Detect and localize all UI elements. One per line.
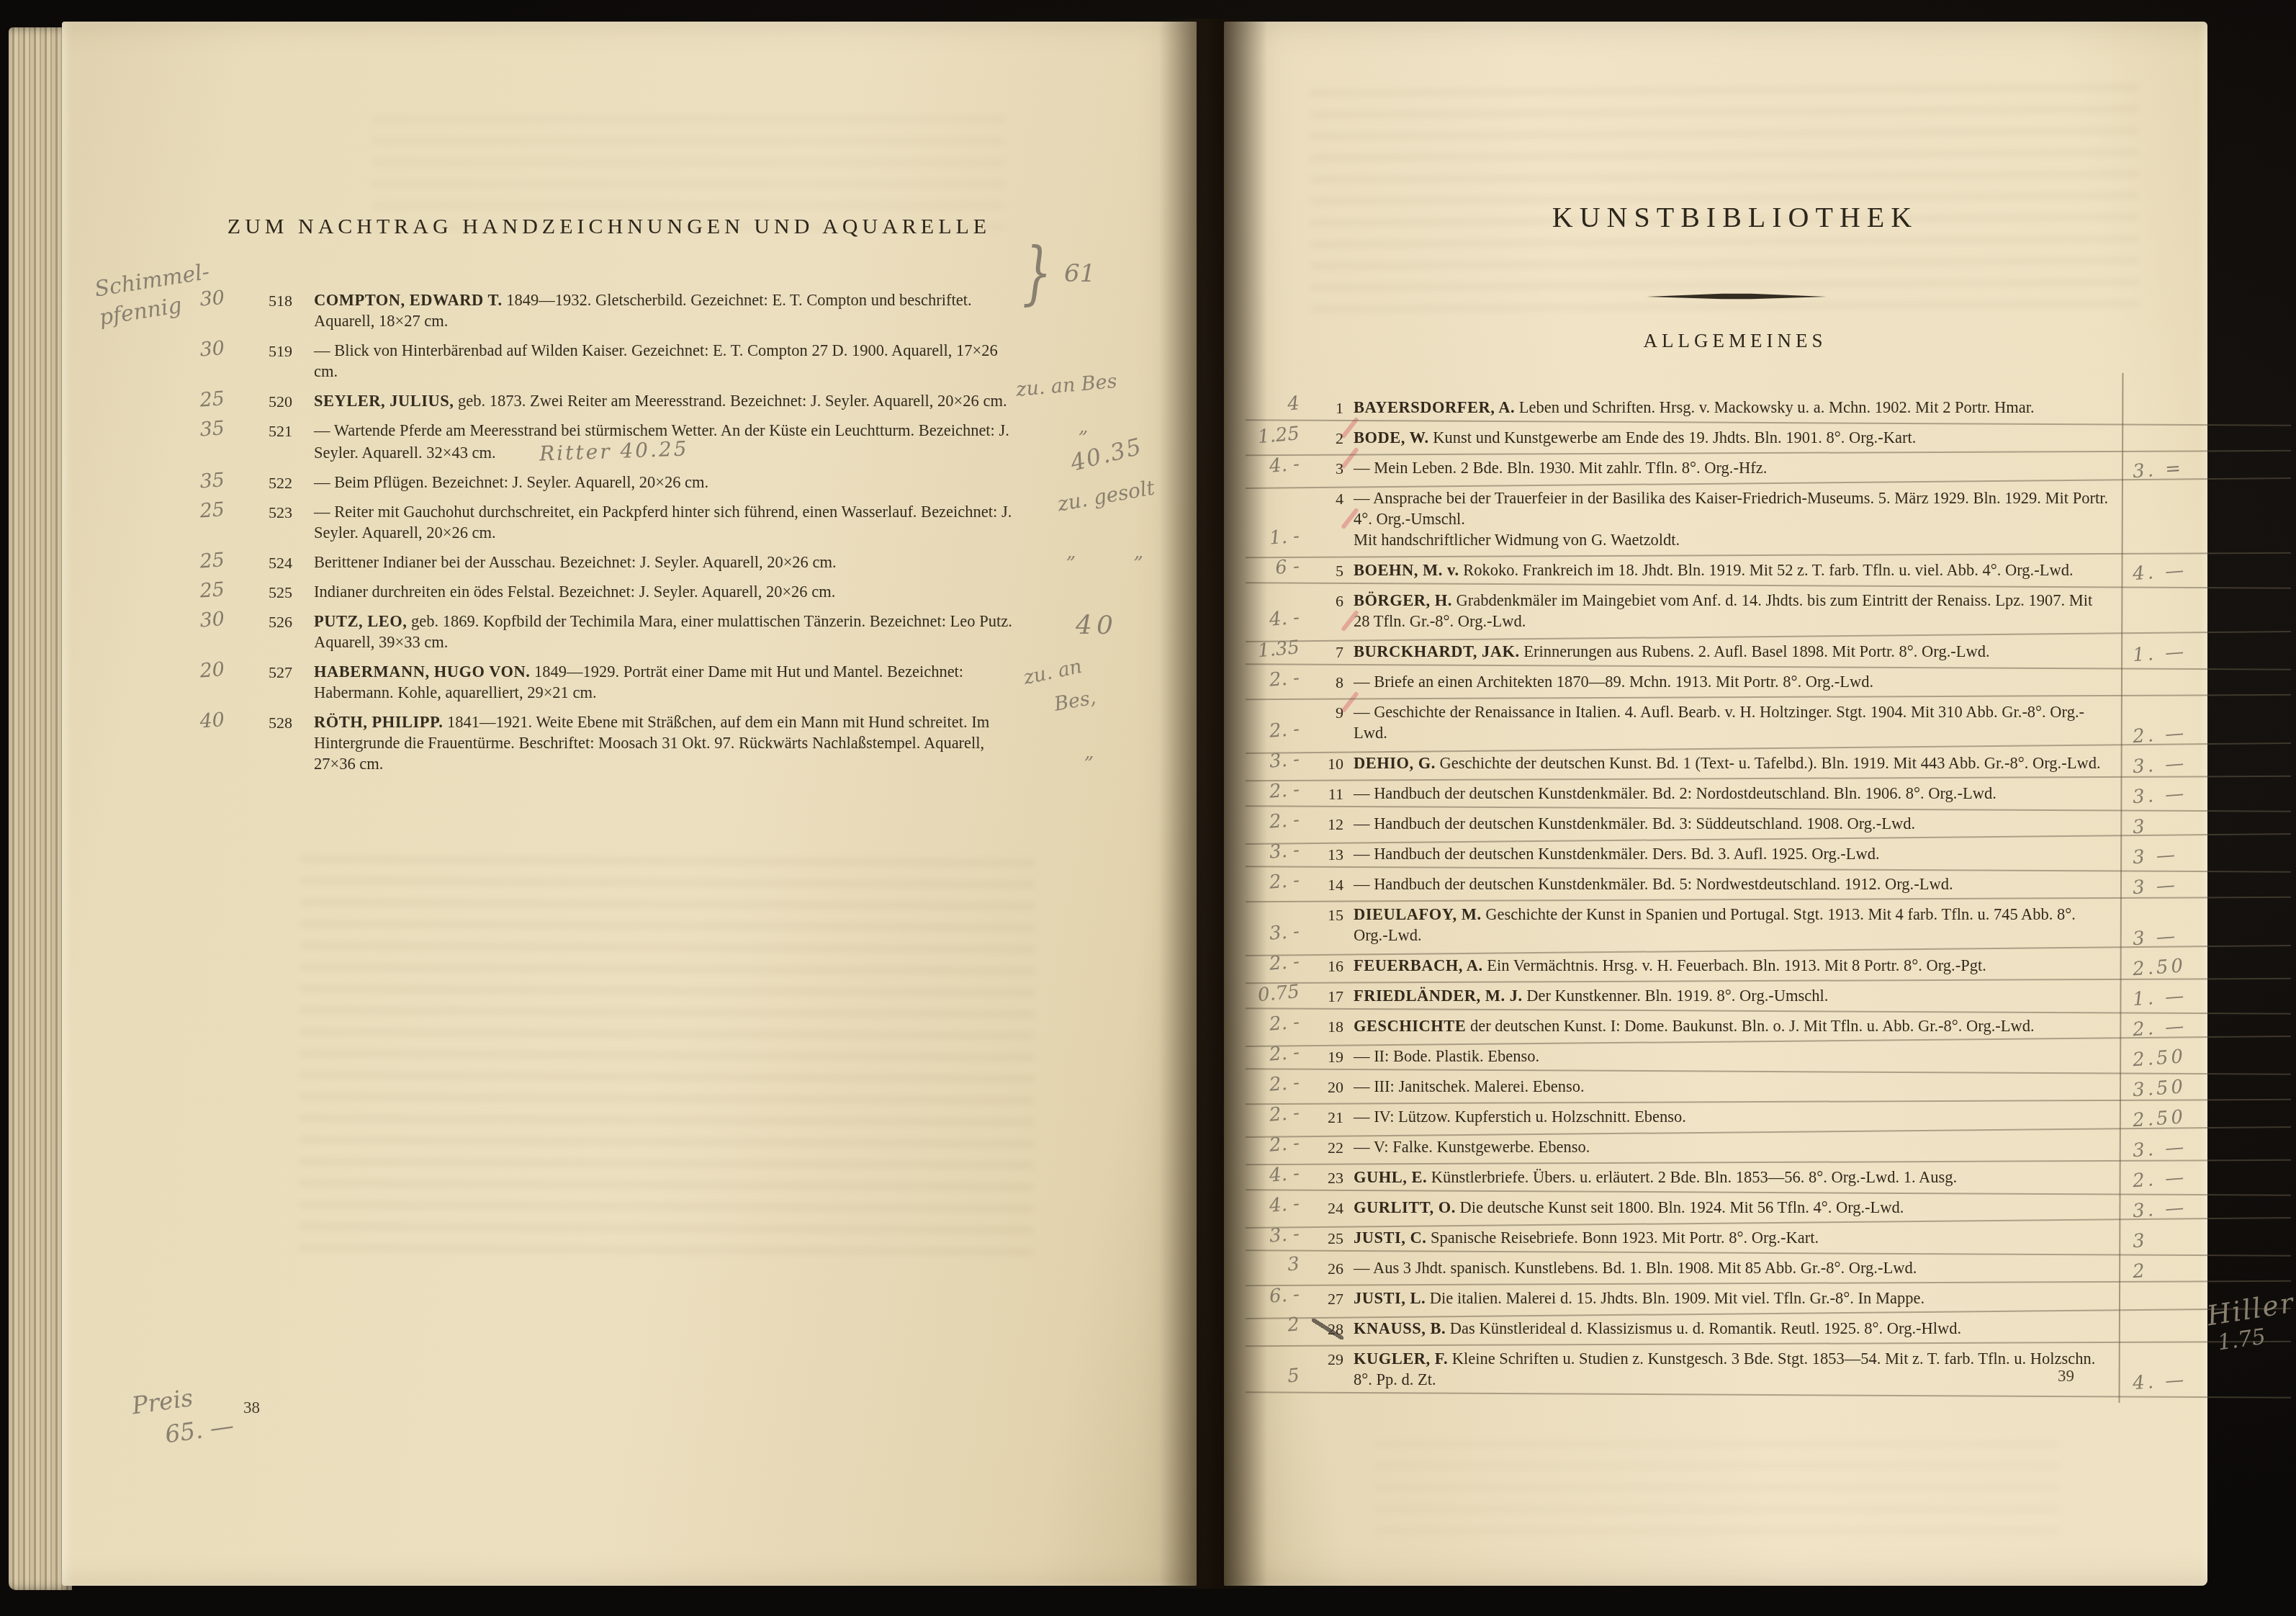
entry-name: BURCKHARDT, JAK. xyxy=(1354,642,1520,660)
pencil-price-left: 1. - xyxy=(1220,526,1300,553)
entry-name: SEYLER, JULIUS, xyxy=(314,392,454,410)
catalog-entry-15: 3. -15DIEULAFOY, M. Geschichte der Kunst… xyxy=(1354,904,2111,946)
pencil-note-527b: Bes, xyxy=(1053,686,1098,716)
ornament-rule xyxy=(1647,293,1827,300)
pencil-price-left: 2. - xyxy=(1220,1072,1300,1100)
pencil-price: 40 xyxy=(163,709,225,735)
pencil-price-right: 2. — xyxy=(2132,1011,2263,1041)
pencil-ditto: „ xyxy=(1079,416,1088,438)
catalog-entry-16: 2. -16FEUERBACH, A. Ein Vermächtnis. Hrs… xyxy=(1354,955,2111,976)
pencil-price-left: 5 xyxy=(1220,1365,1300,1393)
entry-text: RÖTH, PHILIPP. 1841—1921. Weite Ebene mi… xyxy=(314,712,1017,774)
catalog-entry-6: 4. -6BÖRGER, H. Grabdenkmäler im Maingeb… xyxy=(1354,590,2111,632)
entry-name: GURLITT, O. xyxy=(1354,1198,1456,1216)
pencil-note-521a: 40.35 xyxy=(1068,432,1145,476)
catalog-entry-1: 41BAYERSDORFER, A. Leben und Schriften. … xyxy=(1354,397,2111,418)
entry-text: SEYLER, JULIUS, geb. 1873. Zwei Reiter a… xyxy=(314,390,1017,411)
entry-name: BAYERSDORFER, A. xyxy=(1354,398,1515,416)
entry-text: GURLITT, O. Die deutsche Kunst seit 1800… xyxy=(1354,1198,1904,1216)
entry-text: JUSTI, C. Spanische Reisebriefe. Bonn 19… xyxy=(1354,1229,1819,1247)
pencil-price-left: 4. - xyxy=(1220,1163,1300,1190)
entry-text: PUTZ, LEO, geb. 1869. Kopfbild der Techi… xyxy=(314,611,1017,652)
catalog-entry-528: 40528RÖTH, PHILIPP. 1841—1921. Weite Ebe… xyxy=(249,712,1017,774)
entry-number: 519 xyxy=(249,341,292,362)
entry-text: — Ansprache bei der Trauerfeier in der B… xyxy=(1354,489,2108,528)
catalog-entry-523: 25523— Reiter mit Gauchohut durchschreit… xyxy=(249,501,1017,543)
entry-number: 523 xyxy=(249,502,292,523)
pencil-price-left: 3. - xyxy=(1220,1224,1300,1251)
entry-number: 21 xyxy=(1312,1107,1343,1128)
entry-text: — Wartende Pferde am Meeresstrand bei st… xyxy=(314,420,1017,463)
catalog-entry-524: 25524Berittener Indianer bei der Ausscha… xyxy=(249,552,1017,573)
catalog-entry-2: 1.252BODE, W. Kunst und Kunstgewerbe am … xyxy=(1354,427,2111,448)
entry-name: JUSTI, L. xyxy=(1354,1289,1426,1307)
pencil-note-preis: Preis 65. — xyxy=(130,1376,235,1455)
pencil-price-right: 3. — xyxy=(2132,1132,2263,1162)
pencil-price-left: 2. - xyxy=(1220,870,1300,897)
pencil-price-left: 4. - xyxy=(1220,607,1300,634)
entry-name: DIEULAFOY, M. xyxy=(1354,905,1482,923)
catalog-entry-9: 2. -9— Geschichte der Renaissance in Ita… xyxy=(1354,701,2111,743)
entry-name: GUHL, E. xyxy=(1354,1168,1427,1186)
pencil-price-left: 2. - xyxy=(1220,1103,1300,1130)
pencil-price: 25 xyxy=(163,388,225,413)
pencil-price-left: 0.75 xyxy=(1220,982,1300,1009)
entry-number: 1 xyxy=(1312,398,1343,418)
pencil-note-hiller: Hiller xyxy=(2205,1293,2295,1327)
entry-name: KUGLER, F. xyxy=(1354,1350,1448,1368)
pencil-price-left: 2. - xyxy=(1220,1133,1300,1160)
pencil-price-right: 2.50 xyxy=(2132,1041,2263,1071)
pencil-price-right: 1. — xyxy=(2132,637,2263,666)
pencil-price-right: 2 xyxy=(2132,1253,2263,1283)
pencil-price-right: 3 — xyxy=(2132,869,2263,899)
pencil-price-left: 2. - xyxy=(1220,1042,1300,1069)
entry-text: — Reiter mit Gauchohut durchschreitet, e… xyxy=(314,501,1017,543)
entry-text: — Aus 3 Jhdt. spanisch. Kunstlebens. Bd.… xyxy=(1354,1259,1917,1277)
right-page: KUNSTBIBLIOTHEK ALLGEMEINES 41BAYERSDORF… xyxy=(1224,22,2207,1586)
pencil-price-left: 1.35 xyxy=(1220,637,1300,665)
catalog-entry-4: 1. -4— Ansprache bei der Trauerfeier in … xyxy=(1354,488,2111,550)
pencil-price: 30 xyxy=(163,338,225,363)
entry-text: — Handbuch der deutschen Kunstdenkmäler.… xyxy=(1354,784,1996,802)
entry-text: — Handbuch der deutschen Kunstdenkmäler.… xyxy=(1354,814,1915,832)
pencil-price-left: 4 xyxy=(1220,393,1300,421)
entry-number: 4 xyxy=(1312,488,1343,509)
entry-number: 2 xyxy=(1312,428,1343,449)
pencil-price-right: 3. — xyxy=(2132,778,2263,808)
pencil-note-line: Preis xyxy=(130,1383,195,1419)
entry-text: BOEHN, M. v. Rokoko. Frankreich im 18. J… xyxy=(1354,561,2074,579)
left-page: ZUM NACHTRAG HANDZEICHNUNGEN UND AQUAREL… xyxy=(62,22,1197,1586)
entry-number: 26 xyxy=(1312,1258,1343,1279)
pencil-ditto: „ xyxy=(1084,742,1094,763)
catalog-entry-24: 4. -24GURLITT, O. Die deutsche Kunst sei… xyxy=(1354,1197,2111,1218)
entry-number: 12 xyxy=(1312,814,1343,835)
pencil-price-right: 2.50 xyxy=(2132,1102,2263,1131)
entry-number: 25 xyxy=(1312,1228,1343,1249)
pencil-price-left: 3. - xyxy=(1220,921,1300,948)
entry-number: 17 xyxy=(1312,986,1343,1007)
entry-text: GUHL, E. Künstlerbriefe. Übers. u. erläu… xyxy=(1354,1168,1957,1186)
left-entry-list: 30518COMPTON, EDWARD T. 1849—1932. Glets… xyxy=(249,289,1017,783)
pencil-ditto: „ „ xyxy=(1066,542,1169,563)
entry-note: Mit handschriftlicher Widmung von G. Wae… xyxy=(1354,529,2111,550)
right-page-number: 39 xyxy=(2058,1367,2074,1386)
pencil-price-right: 4. — xyxy=(2132,1365,2263,1394)
pencil-price-right: 3. — xyxy=(2132,748,2263,778)
entry-number: 6 xyxy=(1312,591,1343,611)
catalog-entry-525: 25525Indianer durchreiten ein ödes Felst… xyxy=(249,581,1017,602)
entry-name: RÖTH, PHILIPP. xyxy=(314,713,443,731)
entry-name: PUTZ, LEO, xyxy=(314,612,407,630)
catalog-entry-14: 2. -14— Handbuch der deutschen Kunstdenk… xyxy=(1354,874,2111,894)
catalog-entry-25: 3. -25JUSTI, C. Spanische Reisebriefe. B… xyxy=(1354,1227,2111,1248)
entry-name: HABERMANN, HUGO VON. xyxy=(314,663,530,681)
pencil-price-right: 2.50 xyxy=(2132,951,2263,980)
entry-number: 521 xyxy=(249,421,292,441)
entry-name: BÖRGER, H. xyxy=(1354,591,1452,609)
catalog-entry-521: 35521— Wartende Pferde am Meeresstrand b… xyxy=(249,420,1017,463)
pencil-price-left: 3. - xyxy=(1220,840,1300,867)
entry-text: DIEULAFOY, M. Geschichte der Kunst in Sp… xyxy=(1354,905,2076,944)
pencil-price-left: 3. - xyxy=(1220,749,1300,776)
catalog-entry-22: 2. -22— V: Falke. Kunstgewerbe. Ebenso.3… xyxy=(1354,1136,2111,1157)
entry-name: FEUERBACH, A. xyxy=(1354,956,1483,974)
entry-name: KNAUSS, B. xyxy=(1354,1319,1446,1337)
catalog-entry-19: 2. -19— II: Bode. Plastik. Ebenso.2.50 xyxy=(1354,1046,2111,1067)
entry-text: FRIEDLÄNDER, M. J. Der Kunstkenner. Bln.… xyxy=(1354,987,1828,1005)
entry-text: Berittener Indianer bei der Ausschau. Be… xyxy=(314,552,1017,573)
pencil-price-right: 3 xyxy=(2132,809,2263,838)
catalog-entry-23: 4. -23GUHL, E. Künstlerbriefe. Übers. u.… xyxy=(1354,1167,2111,1188)
entry-text: — IV: Lützow. Kupferstich u. Holzschnitt… xyxy=(1354,1108,1686,1126)
bleed-through-ghost xyxy=(299,848,1035,1254)
pencil-note-name: Schimmel- pfennig xyxy=(93,258,216,333)
pencil-price-right: 2. — xyxy=(2132,1162,2263,1192)
pencil-inline-note: Ritter 40.25 xyxy=(539,438,688,464)
entry-text: — Geschichte der Renaissance in Italien.… xyxy=(1354,703,2084,742)
entry-number: 16 xyxy=(1312,956,1343,977)
entry-text: — V: Falke. Kunstgewerbe. Ebenso. xyxy=(1354,1138,1590,1156)
entry-number: 29 xyxy=(1312,1349,1343,1370)
pencil-note-line: 65. — xyxy=(163,1411,235,1449)
right-page-section: ALLGEMEINES xyxy=(1267,330,2203,352)
entry-number: 8 xyxy=(1312,672,1343,693)
entry-number: 3 xyxy=(1312,458,1343,479)
entry-text: — Briefe an einen Architekten 1870—89. M… xyxy=(1354,673,1873,691)
pencil-note-520: zu. an Bes xyxy=(1015,370,1118,401)
entry-number: 23 xyxy=(1312,1167,1343,1188)
pencil-price-left: 2 xyxy=(1220,1314,1300,1342)
pencil-price-left: 2. - xyxy=(1220,668,1300,695)
pencil-price-left: 2. - xyxy=(1220,719,1300,746)
pencil-price-right: 3 — xyxy=(2132,920,2263,950)
pencil-price-left: 4. - xyxy=(1220,454,1300,481)
pencil-price-right: 3.50 xyxy=(2132,1072,2263,1101)
pencil-price: 35 xyxy=(163,470,225,495)
pencil-price-right: 1. — xyxy=(2132,981,2263,1010)
catalog-entry-518: 30518COMPTON, EDWARD T. 1849—1932. Glets… xyxy=(249,289,1017,331)
entry-number: 5 xyxy=(1312,560,1343,581)
entry-number: 20 xyxy=(1312,1077,1343,1097)
pencil-price: 25 xyxy=(163,579,225,604)
entry-text: COMPTON, EDWARD T. 1849—1932. Gletscherb… xyxy=(314,289,1017,331)
pencil-price-left: 2. - xyxy=(1220,779,1300,807)
entry-text: — II: Bode. Plastik. Ebenso. xyxy=(1354,1047,1539,1065)
pencil-price-left: 1.25 xyxy=(1220,423,1300,451)
catalog-entry-526: 30526PUTZ, LEO, geb. 1869. Kopfbild der … xyxy=(249,611,1017,652)
pencil-price-left: 6. - xyxy=(1220,1284,1300,1311)
entry-number: 28 xyxy=(1312,1319,1343,1339)
pencil-note-hiller-price: 1.75 xyxy=(2217,1326,2267,1353)
entry-text: JUSTI, L. Die italien. Malerei d. 15. Jh… xyxy=(1354,1289,1924,1307)
pencil-note-521b: zu. gesolt xyxy=(1055,475,1156,516)
entry-number: 27 xyxy=(1312,1288,1343,1309)
catalog-entry-522: 35522— Beim Pflügen. Bezeichnet: J. Seyl… xyxy=(249,472,1017,493)
entry-number: 18 xyxy=(1312,1016,1343,1037)
pencil-price-right: 4. — xyxy=(2132,555,2263,585)
entry-text: GESCHICHTE der deutschen Kunst. I: Dome.… xyxy=(1354,1017,2035,1035)
entry-text: — Handbuch der deutschen Kunstdenkmäler.… xyxy=(1354,845,1880,863)
entry-number: 11 xyxy=(1312,784,1343,804)
catalog-entry-28: 228KNAUSS, B. Das Künstlerideal d. Klass… xyxy=(1354,1318,2111,1339)
entry-text: — Mein Leben. 2 Bde. Bln. 1930. Mit zahl… xyxy=(1354,459,1767,477)
entry-name: BOEHN, M. v. xyxy=(1354,561,1459,579)
entry-number: 525 xyxy=(249,582,292,603)
catalog-entry-519: 30519— Blick von Hinterbärenbad auf Wild… xyxy=(249,340,1017,382)
entry-number: 518 xyxy=(249,290,292,311)
right-entry-list: 41BAYERSDORFER, A. Leben und Schriften. … xyxy=(1354,397,2111,1399)
entry-name: DEHIO, G. xyxy=(1354,754,1436,772)
entry-name: GESCHICHTE xyxy=(1354,1017,1466,1035)
entry-text: — Beim Pflügen. Bezeichnet: J. Seyler. A… xyxy=(314,472,1017,493)
catalog-entry-26: 326— Aus 3 Jhdt. spanisch. Kunstlebens. … xyxy=(1354,1257,2111,1278)
entry-number: 520 xyxy=(249,391,292,412)
entry-name: BODE, W. xyxy=(1354,428,1429,446)
entry-text: BODE, W. Kunst und Kunstgewerbe am Ende … xyxy=(1354,428,1916,446)
catalog-entry-13: 3. -13— Handbuch der deutschen Kunstdenk… xyxy=(1354,843,2111,864)
catalog-entry-27: 6. -27JUSTI, L. Die italien. Malerei d. … xyxy=(1354,1288,2111,1308)
catalog-entry-29: 529KUGLER, F. Kleine Schriften u. Studie… xyxy=(1354,1348,2111,1390)
catalog-entry-12: 2. -12— Handbuch der deutschen Kunstdenk… xyxy=(1354,813,2111,834)
entry-text: BÖRGER, H. Grabdenkmäler im Maingebiet v… xyxy=(1354,591,2092,630)
entry-name: JUSTI, C. xyxy=(1354,1229,1426,1247)
entry-text: Indianer durchreiten ein ödes Felstal. B… xyxy=(314,581,1017,602)
pencil-note-527a: zu. an xyxy=(1022,655,1084,689)
entry-text: BAYERSDORFER, A. Leben und Schriften. Hr… xyxy=(1354,398,2035,416)
entry-text: — III: Janitschek. Malerei. Ebenso. xyxy=(1354,1077,1585,1095)
pencil-brace-value: 61 xyxy=(1064,259,1095,288)
entry-number: 7 xyxy=(1312,642,1343,663)
left-page-header: ZUM NACHTRAG HANDZEICHNUNGEN UND AQUAREL… xyxy=(112,215,1106,239)
entry-text: FEUERBACH, A. Ein Vermächtnis. Hrsg. v. … xyxy=(1354,956,1986,974)
entry-text: DEHIO, G. Geschichte der deutschen Kunst… xyxy=(1354,754,2101,772)
pencil-note-526: 40 xyxy=(1076,611,1117,640)
entry-text: HABERMANN, HUGO VON. 1849—1929. Porträt … xyxy=(314,661,1017,703)
entry-number: 524 xyxy=(249,552,292,573)
catalog-entry-11: 2. -11— Handbuch der deutschen Kunstdenk… xyxy=(1354,783,2111,804)
entry-name: FRIEDLÄNDER, M. J. xyxy=(1354,987,1523,1005)
entry-number: 10 xyxy=(1312,753,1343,774)
catalog-entry-8: 2. -8— Briefe an einen Architekten 1870—… xyxy=(1354,671,2111,692)
left-page-number: 38 xyxy=(243,1399,260,1417)
entry-number: 9 xyxy=(1312,702,1343,723)
catalog-entry-3: 4. -3— Mein Leben. 2 Bde. Bln. 1930. Mit… xyxy=(1354,457,2111,478)
pencil-note-line: Schimmel- xyxy=(93,259,211,302)
entry-number: 22 xyxy=(1312,1137,1343,1158)
catalog-entry-18: 2. -18GESCHICHTE der deutschen Kunst. I:… xyxy=(1354,1015,2111,1036)
entry-number: 14 xyxy=(1312,874,1343,895)
pencil-price-left: 3 xyxy=(1220,1254,1300,1281)
pencil-price-left: 4. - xyxy=(1220,1193,1300,1221)
entry-number: 24 xyxy=(1312,1198,1343,1218)
pencil-brace: } xyxy=(1022,233,1052,313)
bleed-through-ghost xyxy=(372,108,1005,230)
right-page-title: KUNSTBIBLIOTHEK xyxy=(1267,200,2203,234)
catalog-entry-7: 1.357BURCKHARDT, JAK. Erinnerungen aus R… xyxy=(1354,641,2111,662)
pencil-price: 30 xyxy=(163,609,225,634)
entry-name: COMPTON, EDWARD T. xyxy=(314,291,503,309)
pencil-price: 25 xyxy=(163,499,225,524)
entry-text: — Blick von Hinterbärenbad auf Wilden Ka… xyxy=(314,340,1017,382)
catalog-entry-10: 3. -10DEHIO, G. Geschichte der deutschen… xyxy=(1354,753,2111,773)
pencil-price-left: 2. - xyxy=(1220,1012,1300,1039)
catalog-entry-21: 2. -21— IV: Lützow. Kupferstich u. Holzs… xyxy=(1354,1106,2111,1127)
entry-number: 13 xyxy=(1312,844,1343,865)
book-spread: ZUM NACHTRAG HANDZEICHNUNGEN UND AQUAREL… xyxy=(0,0,2296,1616)
bleed-through-ghost xyxy=(1375,1433,2059,1534)
entry-text: KNAUSS, B. Das Künstlerideal d. Klassizi… xyxy=(1354,1319,1961,1337)
entry-number: 522 xyxy=(249,472,292,493)
entry-text: — Handbuch der deutschen Kunstdenkmäler.… xyxy=(1354,875,1953,893)
pencil-price: 35 xyxy=(163,418,225,443)
pencil-vertical-rule xyxy=(2119,373,2124,1403)
pencil-price-right: 3 xyxy=(2132,1223,2263,1252)
pencil-price-left: 2. - xyxy=(1220,951,1300,979)
pencil-price-right: 3. = xyxy=(2132,453,2263,482)
pencil-price-left: 2. - xyxy=(1220,809,1300,837)
entry-number: 526 xyxy=(249,611,292,632)
entry-number: 19 xyxy=(1312,1046,1343,1067)
catalog-entry-520: 25520SEYLER, JULIUS, geb. 1873. Zwei Rei… xyxy=(249,390,1017,411)
pencil-price-left: 6 - xyxy=(1220,556,1300,583)
catalog-entry-527: 20527HABERMANN, HUGO VON. 1849—1929. Por… xyxy=(249,661,1017,703)
bleed-through-ghost xyxy=(1310,69,2139,313)
pencil-price-right: 2. — xyxy=(2132,718,2263,748)
pencil-price-right: 3 — xyxy=(2132,839,2263,868)
catalog-entry-20: 2. -20— III: Janitschek. Malerei. Ebenso… xyxy=(1354,1076,2111,1097)
entry-text: KUGLER, F. Kleine Schriften u. Studien z… xyxy=(1354,1350,2095,1388)
pencil-price: 20 xyxy=(163,659,225,684)
catalog-entry-17: 0.7517FRIEDLÄNDER, M. J. Der Kunstkenner… xyxy=(1354,985,2111,1006)
catalog-entry-5: 6 -5BOEHN, M. v. Rokoko. Frankreich im 1… xyxy=(1354,560,2111,580)
entry-number: 528 xyxy=(249,712,292,733)
entry-number: 527 xyxy=(249,662,292,683)
pencil-price: 25 xyxy=(163,549,225,575)
pencil-price-right: 3. — xyxy=(2132,1193,2263,1222)
entry-text: BURCKHARDT, JAK. Erinnerungen aus Rubens… xyxy=(1354,642,1990,660)
entry-number: 15 xyxy=(1312,904,1343,925)
